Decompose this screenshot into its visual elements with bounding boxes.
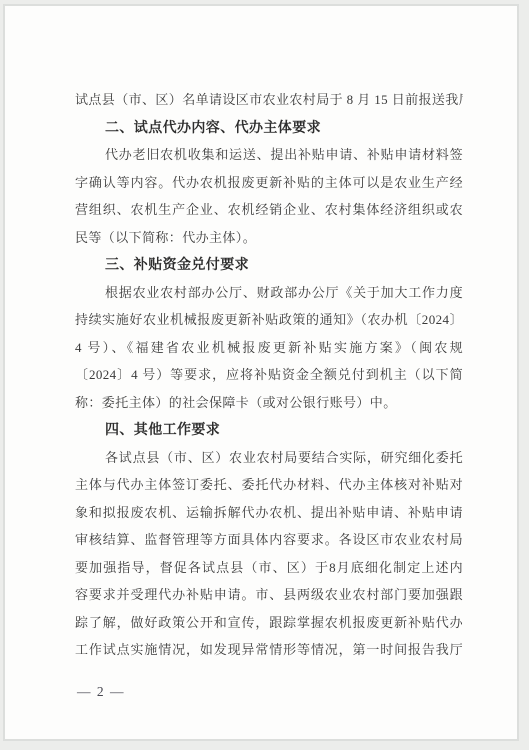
text-line: 称：委托主体）的社会保障卡（或对公银行账号）中。	[75, 389, 463, 417]
text-line: 民等（以下简称：代办主体）。	[75, 224, 463, 252]
text-line: 象和拟报废农机、运输拆解代办农机、提出补贴申请、补贴申请	[75, 499, 463, 527]
text-line: 工作试点实施情况，如发现异常情形等情况，第一时间报告我厅	[75, 636, 463, 664]
text-line: 各试点县（市、区）农业农村局要结合实际，研究细化委托	[75, 444, 463, 472]
text-line: 代办老旧农机收集和运送、提出补贴申请、补贴申请材料签	[75, 141, 463, 169]
text-line: 持续实施好农业机械报废更新补贴政策的通知》（农办机〔2024〕	[75, 306, 463, 334]
section-heading: 二、试点代办内容、代办主体要求	[75, 114, 463, 142]
section-heading: 四、其他工作要求	[75, 416, 463, 444]
text-line: 踪了解，做好政策公开和宣传，跟踪掌握农机报废更新补贴代办	[75, 609, 463, 637]
document-page: 试点县（市、区）名单请设区市农业农村局于 8 月 15 日前报送我厅。二、试点代…	[3, 4, 519, 741]
text-line: 4 号）、《福建省农业机械报废更新补贴实施方案》（闽农规	[75, 334, 463, 362]
text-line: 字确认等内容。代办农机报废更新补贴的主体可以是农业生产经	[75, 169, 463, 197]
text-line: 〔2024〕4 号）等要求，应将补贴资金全额兑付到机主（以下简	[75, 361, 463, 389]
text-line: 试点县（市、区）名单请设区市农业农村局于 8 月 15 日前报送我厅。	[75, 86, 463, 114]
text-line: 要加强指导，督促各试点县（市、区）于8月底细化制定上述内	[75, 554, 463, 582]
page-number: — 2 —	[77, 684, 125, 700]
text-line: 营组织、农机生产企业、农机经销企业、农村集体经济组织或农	[75, 196, 463, 224]
text-line: 审核结算、监督管理等方面具体内容要求。各设区市农业农村局	[75, 526, 463, 554]
document-body: 试点县（市、区）名单请设区市农业农村局于 8 月 15 日前报送我厅。二、试点代…	[75, 86, 463, 664]
text-line: 容要求并受理代办补贴申请。市、县两级农业农村部门要加强跟	[75, 581, 463, 609]
section-heading: 三、补贴资金兑付要求	[75, 251, 463, 279]
text-line: 根据农业农村部办公厅、财政部办公厅《关于加大工作力度	[75, 279, 463, 307]
text-line: 主体与代办主体签订委托、委托代办材料、代办主体核对补贴对	[75, 471, 463, 499]
